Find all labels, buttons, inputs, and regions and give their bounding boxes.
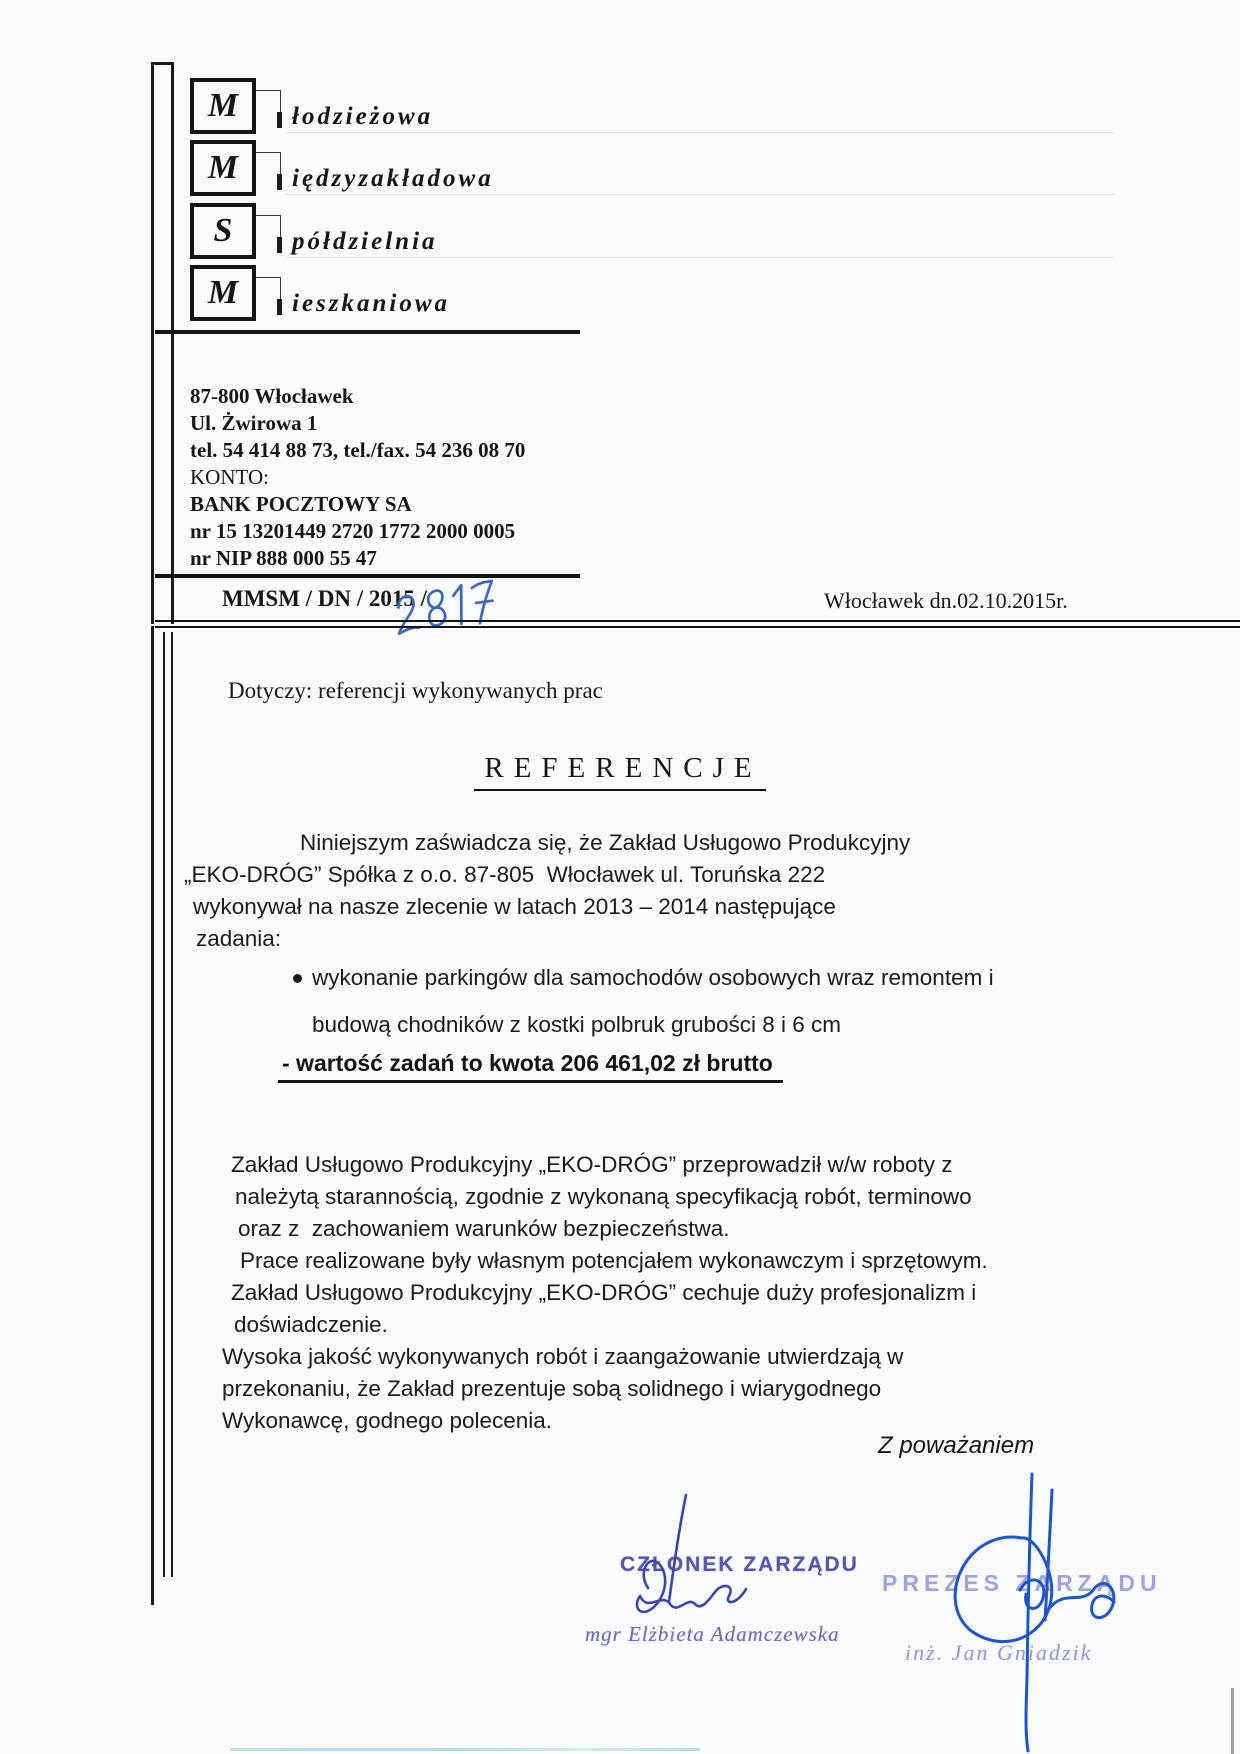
body-line: doświadczenie. bbox=[234, 1310, 388, 1340]
logo-letter: M bbox=[208, 151, 238, 185]
intro-line: zadania: bbox=[196, 924, 281, 954]
logo-box-m2: M bbox=[190, 140, 256, 196]
intro-line: wykonywał na nasze zlecenie w latach 201… bbox=[193, 892, 836, 922]
faint-scan-line bbox=[285, 194, 1115, 195]
place-date: Włocławek dn.02.10.2015r. bbox=[824, 588, 1068, 614]
address-line: nr NIP 888 000 55 47 bbox=[190, 545, 377, 572]
logo-letter: M bbox=[208, 89, 238, 123]
body-line: przekonaniu, że Zakład prezentuje sobą s… bbox=[222, 1374, 881, 1404]
address-bottom-rule bbox=[155, 574, 580, 578]
intro-line: „EKO-DRÓG” Spółka z o.o. 87-805 Włocławe… bbox=[184, 860, 825, 890]
logo-word: łodzieżowa bbox=[292, 103, 433, 131]
logo-connector-tick-icon bbox=[277, 237, 282, 253]
body-line: Zakład Usługowo Produkcyjny „EKO-DRÓG” p… bbox=[231, 1150, 952, 1180]
scan-edge-line bbox=[1231, 1688, 1234, 1754]
bullet-line: budową chodników z kostki polbruk gruboś… bbox=[312, 1010, 841, 1040]
faint-scan-line bbox=[285, 132, 1115, 133]
logo-connector-tick-icon bbox=[277, 299, 282, 315]
contract-value-line: - wartość zadań to kwota 206 461,02 zł b… bbox=[278, 1050, 783, 1083]
left-rail-rectangle bbox=[151, 62, 174, 624]
page-title: REFERENCJE bbox=[474, 752, 765, 791]
address-line: 87-800 Włocławek bbox=[190, 383, 354, 410]
body-line: należytą starannością, zgodnie z wykonan… bbox=[235, 1182, 972, 1212]
closing-salutation: Z poważaniem bbox=[878, 1432, 1034, 1460]
header-double-rule bbox=[155, 620, 1240, 628]
letterhead-bottom-rule bbox=[155, 330, 580, 334]
scanned-letter-page: M łodzieżowa M iędzyzakładowa S półdziel… bbox=[0, 0, 1240, 1754]
scan-color-strip bbox=[230, 1748, 700, 1751]
bullet-icon bbox=[293, 974, 302, 983]
address-line: BANK POCZTOWY SA bbox=[190, 491, 412, 518]
logo-word: iędzyzakładowa bbox=[292, 165, 494, 193]
logo-connector-tick-icon bbox=[277, 112, 282, 128]
subject-line: Dotyczy: referencji wykonywanych prac bbox=[228, 678, 603, 704]
logo-connector-tick-icon bbox=[277, 174, 282, 190]
body-line: Wykonawcę, godnego polecenia. bbox=[222, 1406, 552, 1436]
address-line: Ul. Żwirowa 1 bbox=[190, 410, 317, 437]
handwritten-number bbox=[390, 576, 505, 638]
faint-scan-line bbox=[285, 257, 1115, 258]
logo-letter: M bbox=[208, 276, 238, 310]
signature-left-ink bbox=[590, 1492, 810, 1632]
body-line: Zakład Usługowo Produkcyjny „EKO-DRÓG” c… bbox=[231, 1278, 976, 1308]
body-line: Wysoka jakość wykonywanych robót i zaang… bbox=[222, 1342, 903, 1372]
logo-box-m3: M bbox=[190, 265, 256, 321]
address-line: tel. 54 414 88 73, tel./fax. 54 236 08 7… bbox=[190, 437, 525, 464]
signature-right-ink bbox=[930, 1468, 1130, 1754]
logo-box-m1: M bbox=[190, 78, 256, 134]
logo-letter: S bbox=[214, 214, 233, 248]
body-line: oraz z zachowaniem warunków bezpieczeńst… bbox=[238, 1214, 729, 1244]
body-line: Prace realizowane były własnym potencjał… bbox=[240, 1246, 988, 1276]
title-wrap: REFERENCJE bbox=[0, 752, 1240, 791]
address-line: KONTO: bbox=[190, 464, 269, 491]
logo-word: półdzielnia bbox=[292, 228, 438, 256]
intro-line: Niniejszym zaświadcza się, że Zakład Usł… bbox=[300, 828, 910, 858]
bullet-line: wykonanie parkingów dla samochodów osobo… bbox=[312, 963, 994, 993]
logo-box-s: S bbox=[190, 203, 256, 259]
address-line: nr 15 13201449 2720 1772 2000 0005 bbox=[190, 518, 515, 545]
logo-word: ieszkaniowa bbox=[292, 290, 450, 318]
